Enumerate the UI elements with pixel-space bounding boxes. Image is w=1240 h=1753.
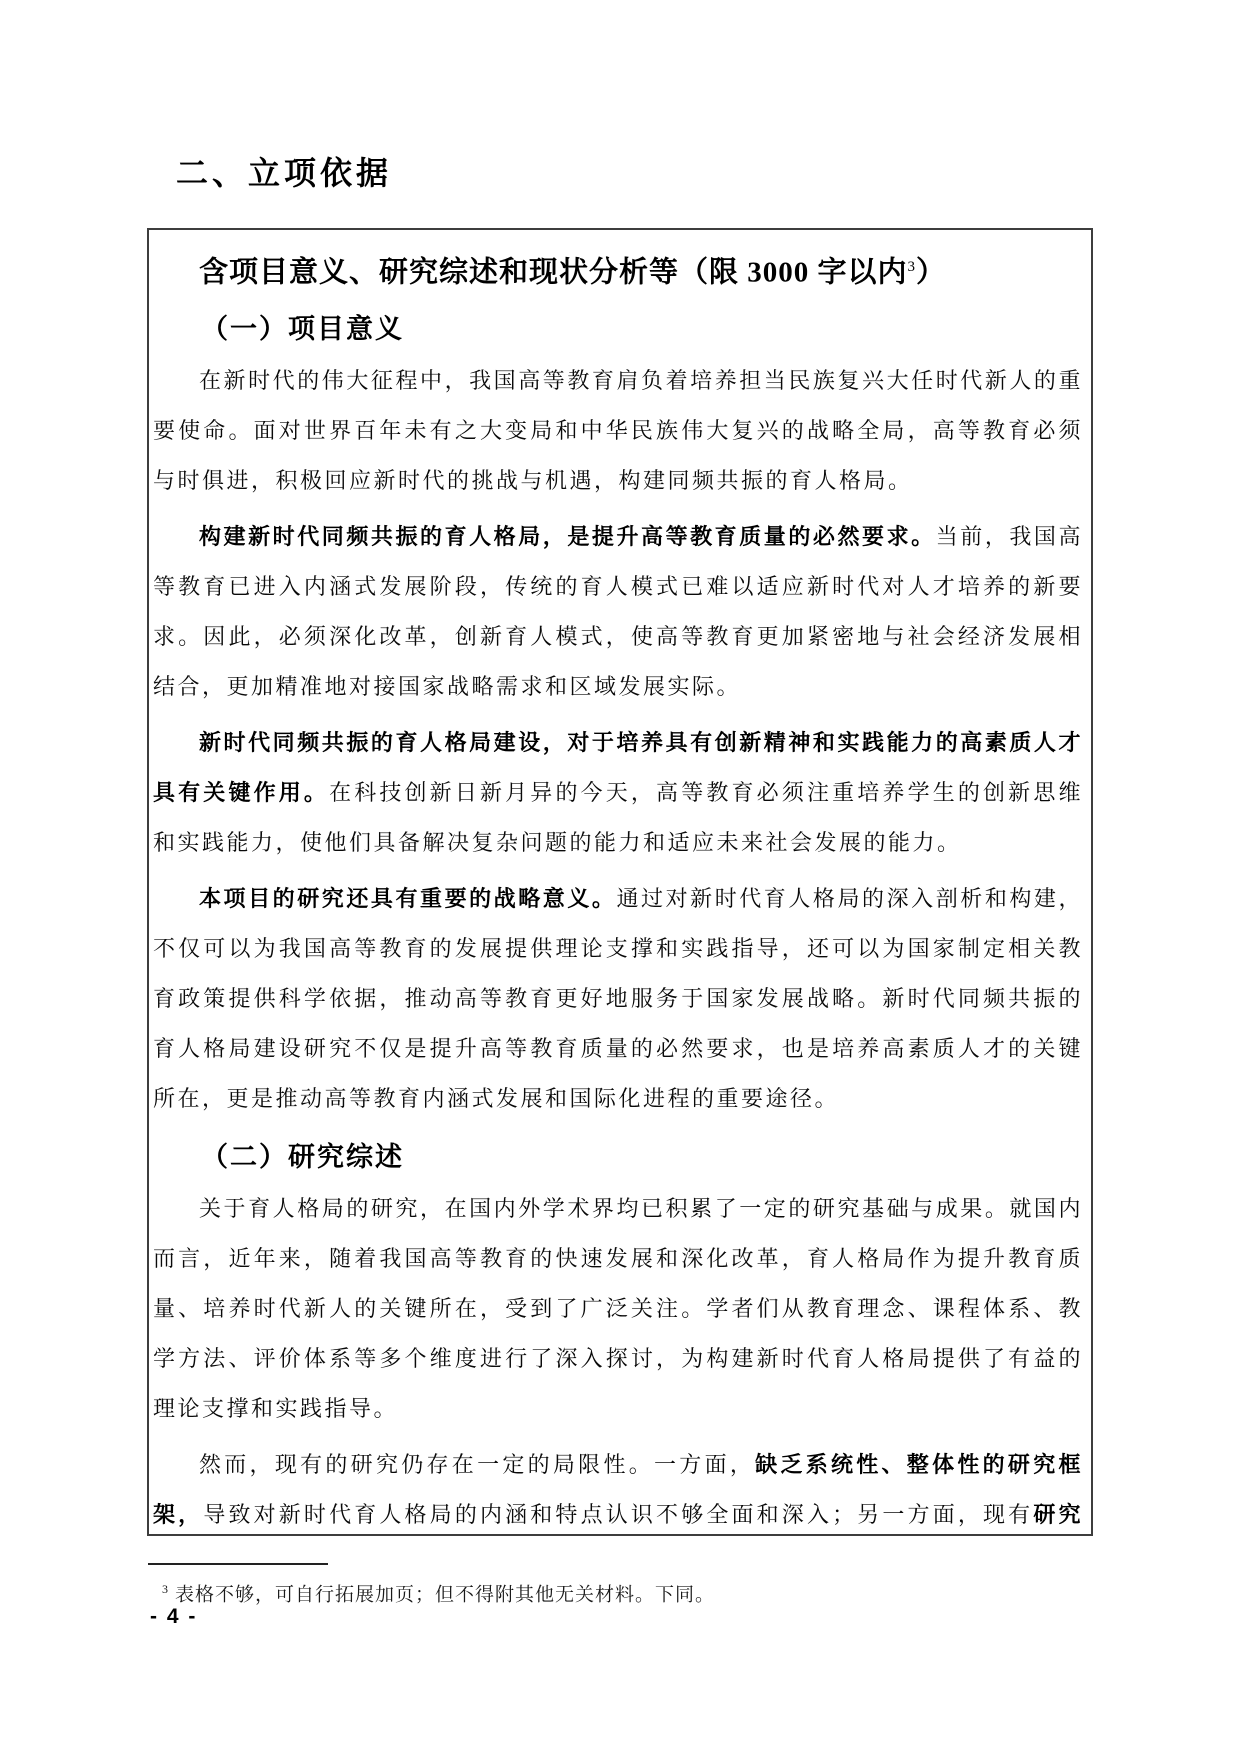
- footnote-marker: 3: [162, 1582, 169, 1596]
- paragraph: 在新时代的伟大征程中，我国高等教育肩负着培养担当民族复兴大任时代新人的重要使命。…: [153, 356, 1083, 506]
- section-heading: 二、立项依据: [176, 148, 392, 194]
- footnote-reference-mark: 3: [908, 259, 917, 275]
- paragraph-text: 在新时代的伟大征程中，我国高等教育肩负着培养担当民族复兴大任时代新人的重要使命。…: [153, 368, 1083, 493]
- table-cell-title: 含项目意义、研究综述和现状分析等（限 3000 字以内3）: [153, 244, 1083, 296]
- paragraph-text: 然而，现有的研究仍存在一定的局限性。一方面，: [199, 1452, 755, 1477]
- subsection-heading-research-review: （二）研究综述: [153, 1135, 1083, 1179]
- paragraph: 然而，现有的研究仍存在一定的局限性。一方面，缺乏系统性、整体性的研究框架，导致对…: [153, 1440, 1083, 1536]
- table-cell-title-text: 含项目意义、研究综述和现状分析等（限 3000 字以内: [199, 257, 908, 289]
- subsection-heading-project-significance: （一）项目意义: [153, 307, 1083, 351]
- paragraph: 本项目的研究还具有重要的战略意义。通过对新时代育人格局的深入剖析和构建，不仅可以…: [153, 874, 1083, 1124]
- paragraph-bold-lead: 构建新时代同频共振的育人格局，是提升高等教育质量的必然要求。: [199, 524, 936, 549]
- paragraph-text: 关于育人格局的研究，在国内外学术界均已积累了一定的研究基础与成果。就国内而言，近…: [153, 1196, 1083, 1421]
- paragraph: 构建新时代同频共振的育人格局，是提升高等教育质量的必然要求。当前，我国高等教育已…: [153, 512, 1083, 712]
- paragraph-text: 导致对新时代育人格局的内涵和特点认识不够全面和深入；另一方面，现有: [203, 1502, 1033, 1527]
- footnote: 3表格不够，可自行拓展加页；但不得附其他无关材料。下同。: [162, 1575, 715, 1609]
- table-cell-title-close-paren: ）: [916, 257, 946, 289]
- footnote-separator-line: [148, 1563, 328, 1565]
- paragraph-text: 通过对新时代育人格局的深入剖析和构建，不仅可以为我国高等教育的发展提供理论支撑和…: [153, 886, 1083, 1111]
- footnote-text: 表格不够，可自行拓展加页；但不得附其他无关材料。下同。: [175, 1584, 715, 1605]
- project-basis-table-cell: 含项目意义、研究综述和现状分析等（限 3000 字以内3） （一）项目意义 在新…: [147, 228, 1093, 1536]
- document-page: 二、立项依据 含项目意义、研究综述和现状分析等（限 3000 字以内3） （一）…: [0, 0, 1240, 1753]
- page-number: - 4 -: [150, 1605, 197, 1629]
- paragraph-bold-lead: 本项目的研究还具有重要的战略意义。: [199, 886, 616, 911]
- paragraph: 关于育人格局的研究，在国内外学术界均已积累了一定的研究基础与成果。就国内而言，近…: [153, 1184, 1083, 1434]
- paragraph: 新时代同频共振的育人格局建设，对于培养具有创新精神和实践能力的高素质人才具有关键…: [153, 718, 1083, 868]
- paragraph-text: 当前，我国高等教育已进入内涵式发展阶段，传统的育人模式已难以适应新时代对人才培养…: [153, 524, 1083, 699]
